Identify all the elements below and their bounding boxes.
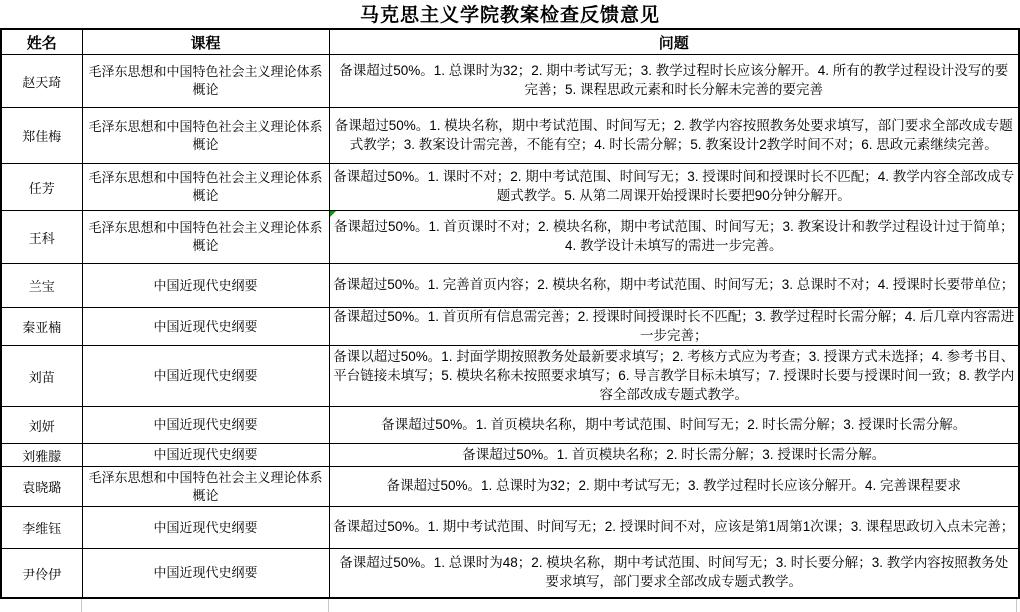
table-row: 任芳 毛泽东思想和中国特色社会主义理论体系概论 备课超过50%。1. 课时不对；… bbox=[1, 164, 1019, 211]
issues-cell: 备课超过50%。1. 首页所有信息需完善；2. 授课时间授课时长不匹配；3. 教… bbox=[329, 308, 1019, 346]
course-cell: 中国近现代史纲要 bbox=[82, 444, 329, 467]
course-cell: 毛泽东思想和中国特色社会主义理论体系概论 bbox=[82, 467, 329, 507]
name-cell: 尹伶伊 bbox=[1, 549, 82, 598]
page-title: 马克思主义学院教案检查反馈意见 bbox=[0, 0, 1020, 28]
course-cell: 毛泽东思想和中国特色社会主义理论体系概论 bbox=[82, 211, 329, 264]
issues-cell: 备课超过50%。1. 总课时为32；2. 期中考试写无；3. 教学过程时长应该分… bbox=[329, 55, 1019, 108]
name-cell: 赵天琦 bbox=[1, 55, 82, 108]
issues-cell: 备课超过50%。1. 总课时为32；2. 期中考试写无；3. 教学过程时长应该分… bbox=[329, 467, 1019, 507]
course-cell: 毛泽东思想和中国特色社会主义理论体系概论 bbox=[82, 55, 329, 108]
table-row: 郑佳梅 毛泽东思想和中国特色社会主义理论体系概论 备课超过50%。1. 模块名称… bbox=[1, 108, 1019, 164]
header-course: 课程 bbox=[82, 29, 329, 55]
gridline bbox=[81, 599, 82, 612]
course-cell: 中国近现代史纲要 bbox=[82, 549, 329, 598]
name-cell: 郑佳梅 bbox=[1, 108, 82, 164]
name-cell: 袁晓璐 bbox=[1, 467, 82, 507]
course-cell: 毛泽东思想和中国特色社会主义理论体系概论 bbox=[82, 108, 329, 164]
issues-text: 备课超过50%。1. 首页课时不对；2. 模块名称，期中考试范围、时间写无；3.… bbox=[334, 219, 1014, 253]
table-row: 刘妍 中国近现代史纲要 备课超过50%。1. 首页模块名称，期中考试范围、时间写… bbox=[1, 407, 1019, 444]
table-row: 李维钰 中国近现代史纲要 备课超过50%。1. 期中考试范围、时间写无；2. 授… bbox=[1, 507, 1019, 549]
issues-cell: 备课以超过50%。1. 封面学期按照教务处最新要求填写；2. 考核方式应为考查；… bbox=[329, 346, 1019, 407]
course-cell: 毛泽东思想和中国特色社会主义理论体系概论 bbox=[82, 164, 329, 211]
table-header-row: 姓名 课程 问题 bbox=[1, 29, 1019, 55]
issues-cell: 备课超过50%。1. 课时不对；2. 期中考试范围、时间写无；3. 授课时间和授… bbox=[329, 164, 1019, 211]
comment-flag-icon bbox=[330, 211, 336, 217]
table-row: 赵天琦 毛泽东思想和中国特色社会主义理论体系概论 备课超过50%。1. 总课时为… bbox=[1, 55, 1019, 108]
course-cell: 中国近现代史纲要 bbox=[82, 346, 329, 407]
course-cell: 中国近现代史纲要 bbox=[82, 264, 329, 308]
table-row: 兰宝 中国近现代史纲要 备课超过50%。1. 完善首页内容；2. 模块名称，期中… bbox=[1, 264, 1019, 308]
issues-cell: 备课超过50%。1. 期中考试范围、时间写无；2. 授课时间不对，应该是第1周第… bbox=[329, 507, 1019, 549]
course-cell: 中国近现代史纲要 bbox=[82, 407, 329, 444]
table-row: 秦亚楠 中国近现代史纲要 备课超过50%。1. 首页所有信息需完善；2. 授课时… bbox=[1, 308, 1019, 346]
name-cell: 秦亚楠 bbox=[1, 308, 82, 346]
issues-cell: 备课超过50%。1. 完善首页内容；2. 模块名称，期中考试范围、时间写无；3.… bbox=[329, 264, 1019, 308]
issues-cell: 备课超过50%。1. 首页模块名称，期中考试范围、时间写无；2. 时长需分解；3… bbox=[329, 407, 1019, 444]
name-cell: 刘雅朦 bbox=[1, 444, 82, 467]
name-cell: 李维钰 bbox=[1, 507, 82, 549]
course-cell: 中国近现代史纲要 bbox=[82, 308, 329, 346]
gridline bbox=[1016, 599, 1017, 612]
spreadsheet-gridline-tail bbox=[0, 599, 1020, 612]
gridline bbox=[328, 599, 329, 612]
table-row: 王科 毛泽东思想和中国特色社会主义理论体系概论 备课超过50%。1. 首页课时不… bbox=[1, 211, 1019, 264]
name-cell: 兰宝 bbox=[1, 264, 82, 308]
table-row: 尹伶伊 中国近现代史纲要 备课超过50%。1. 总课时为48；2. 模块名称，期… bbox=[1, 549, 1019, 598]
table-row: 刘苗 中国近现代史纲要 备课以超过50%。1. 封面学期按照教务处最新要求填写；… bbox=[1, 346, 1019, 407]
course-cell: 中国近现代史纲要 bbox=[82, 507, 329, 549]
table-row: 袁晓璐 毛泽东思想和中国特色社会主义理论体系概论 备课超过50%。1. 总课时为… bbox=[1, 467, 1019, 507]
table-row: 刘雅朦 中国近现代史纲要 备课超过50%。1. 首页模块名称；2. 时长需分解；… bbox=[1, 444, 1019, 467]
header-issues: 问题 bbox=[329, 29, 1019, 55]
header-name: 姓名 bbox=[1, 29, 82, 55]
name-cell: 刘妍 bbox=[1, 407, 82, 444]
issues-cell: 备课超过50%。1. 模块名称，期中考试范围、时间写无；2. 教学内容按照教务处… bbox=[329, 108, 1019, 164]
feedback-table: 姓名 课程 问题 赵天琦 毛泽东思想和中国特色社会主义理论体系概论 备课超过50… bbox=[0, 28, 1020, 599]
issues-cell: 备课超过50%。1. 首页模块名称；2. 时长需分解；3. 授课时长需分解。 bbox=[329, 444, 1019, 467]
issues-cell: 备课超过50%。1. 首页课时不对；2. 模块名称，期中考试范围、时间写无；3.… bbox=[329, 211, 1019, 264]
name-cell: 王科 bbox=[1, 211, 82, 264]
issues-cell: 备课超过50%。1. 总课时为48；2. 模块名称，期中考试范围、时间写无；3.… bbox=[329, 549, 1019, 598]
name-cell: 任芳 bbox=[1, 164, 82, 211]
name-cell: 刘苗 bbox=[1, 346, 82, 407]
